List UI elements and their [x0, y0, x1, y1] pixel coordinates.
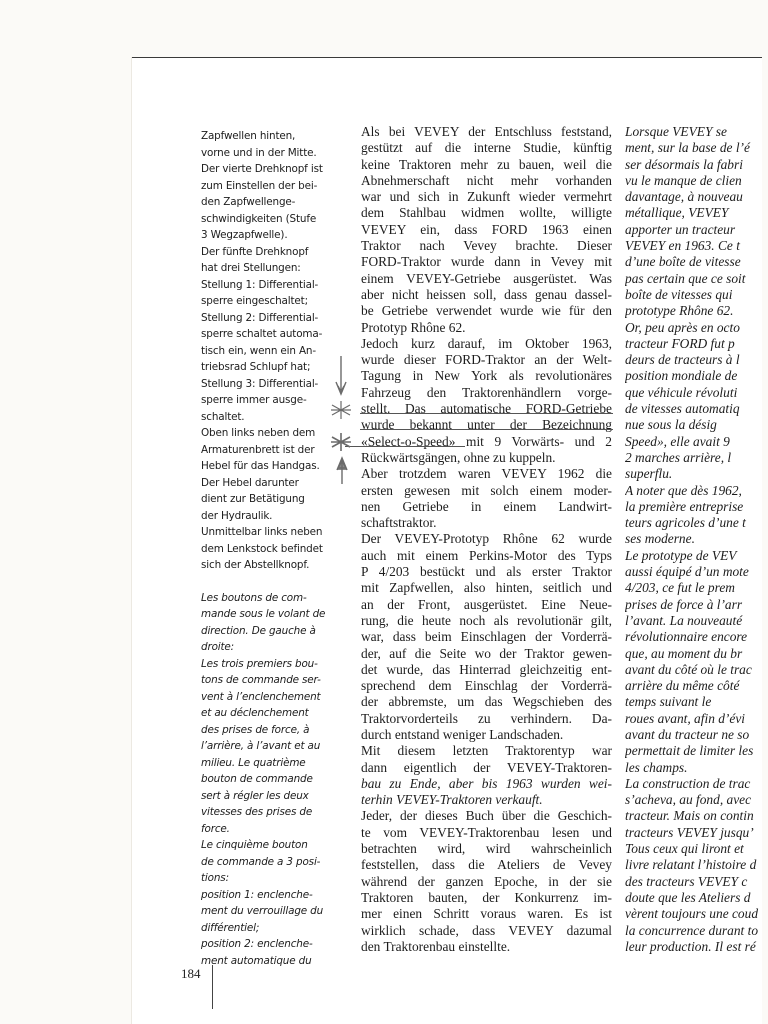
- body-line: VEVEY ein, dass FORD 1963 einen: [361, 222, 612, 238]
- main-french-column: Lorsque VEVEY se ment, sur la base de l’…: [625, 124, 768, 955]
- caption-line: Les boutons de com-: [201, 590, 353, 607]
- body-line: vu le manque de clien: [625, 173, 768, 189]
- caption-line: zum Einstellen der bei-: [201, 178, 353, 195]
- caption-line: sich der Abstellknopf.: [201, 557, 353, 574]
- asterisk-icon: [330, 432, 352, 452]
- caption-line: Stellung 3: Differential-: [201, 376, 353, 393]
- caption-line: Stellung 2: Differential-: [201, 310, 353, 327]
- caption-line: milieu. Le quatrième: [201, 755, 353, 772]
- body-line: 2 marches arrière, l: [625, 450, 768, 466]
- body-line: aussi équipé d’un mote: [625, 564, 768, 580]
- body-line: tracteur FORD fut p: [625, 336, 768, 352]
- body-line: Lorsque VEVEY se: [625, 124, 768, 140]
- sidebar-caption-column: Zapfwellen hinten, vorne und in der Mitt…: [201, 128, 353, 969]
- body-line: les champs.: [625, 760, 768, 776]
- body-line: Tous ceux qui liront et: [625, 841, 768, 857]
- body-line: P 4/203 bestückt und als erster Traktor: [361, 564, 612, 580]
- body-line: arrière du même côté: [625, 678, 768, 694]
- body-line: apporter un tracteur: [625, 222, 768, 238]
- body-line: einem VEVEY-Getriebe ausgerüstet. Was: [361, 271, 612, 287]
- body-line: s’acheva, au fond, avec: [625, 792, 768, 808]
- body-line: mit Zapfwellen, also hinten, seitlich un…: [361, 580, 612, 596]
- caption-line: Unmittelbar links neben: [201, 524, 353, 541]
- body-line: de vitesses automatiq: [625, 401, 768, 417]
- body-line: ser désormais la fabri: [625, 157, 768, 173]
- body-line: tracteur. Mais on contin: [625, 808, 768, 824]
- caption-line: vitesses des prises de: [201, 804, 353, 821]
- body-line: des tracteurs VEVEY c: [625, 874, 768, 890]
- body-line: livre relatant l’histoire d: [625, 857, 768, 873]
- caption-line: de commande a 3 posi-: [201, 854, 353, 871]
- body-line: prototype Rhône 62.: [625, 303, 768, 319]
- body-line: avant du côté où le trac: [625, 662, 768, 678]
- body-line: Jedoch kurz darauf, im Oktober 1963,: [361, 336, 612, 352]
- body-line: feststellen, dass die Ateliers de Vevey: [361, 857, 612, 873]
- body-line: während der ganzen Epoche, in der sie: [361, 874, 612, 890]
- body-line: durch entstand weniger Landschaden.: [361, 727, 612, 743]
- handwritten-underline: [360, 413, 613, 414]
- body-line: war, dass beim Einschlagen der Vorderrä-: [361, 629, 612, 645]
- body-line-underlined: wurde bekannt unter der Bezeichnung: [361, 417, 612, 433]
- body-line: keine Traktoren mehr zu bauen, weil die: [361, 157, 612, 173]
- caption-line: position 2: enclenche-: [201, 936, 353, 953]
- body-line: Prototyp Rhône 62.: [361, 320, 612, 336]
- caption-line: der Hydraulik.: [201, 508, 353, 525]
- body-line: wirklich schade, dass VEVEY dazumal: [361, 923, 612, 939]
- body-line: Traktor nach Vevey brachte. Dieser: [361, 238, 612, 254]
- body-line: schaftstraktor.: [361, 515, 612, 531]
- body-line: position mondiale de: [625, 368, 768, 384]
- caption-line: sperre eingeschaltet;: [201, 293, 353, 310]
- body-line: vèrent toujours une coud: [625, 906, 768, 922]
- caption-line: schwindigkeiten (Stufe: [201, 211, 353, 228]
- caption-line: tisch ein, wenn ein An-: [201, 343, 353, 360]
- caption-line: dient zur Betätigung: [201, 491, 353, 508]
- sidebar-german-caption: Zapfwellen hinten, vorne und in der Mitt…: [201, 128, 353, 574]
- body-line: nue sous la désig: [625, 417, 768, 433]
- body-line: l’avant. La nouveauté: [625, 613, 768, 629]
- page-number-rule: [212, 965, 213, 1009]
- body-line: auch mit einem Perkins-Motor des Typs: [361, 548, 612, 564]
- caption-line: des prises de force, à: [201, 722, 353, 739]
- body-line: ersten gewesen mit solch einem moder-: [361, 483, 612, 499]
- caption-line: dem Lenkstock befindet: [201, 541, 353, 558]
- body-line: leur production. Il est ré: [625, 939, 768, 955]
- body-line: Der VEVEY-Prototyp Rhône 62 wurde: [361, 531, 612, 547]
- caption-line: différentiel;: [201, 920, 353, 937]
- caption-line: Le cinquième bouton: [201, 837, 353, 854]
- caption-line: tions:: [201, 870, 353, 887]
- arrow-up-icon: [335, 456, 349, 486]
- body-line: mer einen Schritt voraus waren. Es ist: [361, 906, 612, 922]
- body-line: davantage, à nouveau: [625, 189, 768, 205]
- caption-line: sert à régler les deux: [201, 788, 353, 805]
- body-line: betrachten wird, wird wahrscheinlich: [361, 841, 612, 857]
- body-line: Als bei VEVEY der Entschluss feststand,: [361, 124, 612, 140]
- body-line: den Traktorenbau einstellte.: [361, 939, 612, 955]
- body-line: te vom VEVEY-Traktorenbau lesen und: [361, 825, 612, 841]
- body-line: que, au moment du br: [625, 646, 768, 662]
- caption-line: 3 Wegzapfwelle).: [201, 227, 353, 244]
- caption-line: Hebel für das Handgas.: [201, 458, 353, 475]
- body-line: deurs de tracteurs à l: [625, 352, 768, 368]
- body-line: boîte de vitesses qui: [625, 287, 768, 303]
- body-line: d’une boîte de vitesse: [625, 254, 768, 270]
- body-line: FORD-Traktor wurde dann in Vevey mit: [361, 254, 612, 270]
- caption-line: vorne und in der Mitte.: [201, 145, 353, 162]
- body-line: war und sich in Zukunft wieder vermehrt: [361, 189, 612, 205]
- body-line: ment, sur la base de l’é: [625, 140, 768, 156]
- asterisk-icon: [330, 400, 352, 420]
- body-line: avant du tracteur ne so: [625, 727, 768, 743]
- body-line: an der Front, ausgerüstet. Eine Neue-: [361, 597, 612, 613]
- arrow-down-icon: [333, 356, 349, 398]
- body-line: tracteurs VEVEY jusqu’: [625, 825, 768, 841]
- caption-line: et au déclenchement: [201, 705, 353, 722]
- body-line: Traktorvorderteils zu verhindern. Da-: [361, 711, 612, 727]
- body-line: Mit diesem letzten Traktorentyp war: [361, 743, 612, 759]
- body-line: A noter que dès 1962,: [625, 483, 768, 499]
- body-line: Aber trotzdem waren VEVEY 1962 die: [361, 466, 612, 482]
- body-line: ses moderne.: [625, 531, 768, 547]
- body-line: que véhicule révoluti: [625, 385, 768, 401]
- caption-line: position 1: enclenche-: [201, 887, 353, 904]
- body-line: roues avant, afin d’évi: [625, 711, 768, 727]
- caption-line: Stellung 1: Differential-: [201, 277, 353, 294]
- body-line: sprechend dem Einschlag der Vorderrä-: [361, 678, 612, 694]
- caption-line: ment automatique du: [201, 953, 353, 970]
- body-line: métallique, VEVEY: [625, 205, 768, 221]
- body-line: 4/203, ce fut le prem: [625, 580, 768, 596]
- body-line: Or, peu après en octo: [625, 320, 768, 336]
- body-line: gestützt auf die interne Studie, künftig: [361, 140, 612, 156]
- body-line: aber nicht heissen soll, dass genau dass…: [361, 287, 612, 303]
- caption-line: Der vierte Drehknopf ist: [201, 161, 353, 178]
- body-line: nen Getriebe in einem Landwirt-: [361, 499, 612, 515]
- body-line: det wurde, das Hinterrad gleichzeitig en…: [361, 662, 612, 678]
- body-line: Rückwärtsgängen, ohne zu kuppeln.: [361, 450, 612, 466]
- caption-line: tons de commande ser-: [201, 672, 353, 689]
- caption-line: mande sous le volant de: [201, 606, 353, 623]
- handwritten-underline: [345, 446, 465, 447]
- caption-line: vent à l’enclenchement: [201, 689, 353, 706]
- body-line: la concurrence durant to: [625, 923, 768, 939]
- caption-line: Der Hebel darunter: [201, 475, 353, 492]
- caption-line: Les trois premiers bou-: [201, 656, 353, 673]
- body-line: Abnehmerschaft nicht mehr vorhanden: [361, 173, 612, 189]
- caption-line: ment du verrouillage du: [201, 903, 353, 920]
- body-line: révolutionnaire encore: [625, 629, 768, 645]
- handwritten-underline: [360, 429, 613, 430]
- caption-line: l’arrière, à l’avant et au: [201, 738, 353, 755]
- sidebar-french-caption: Les boutons de com- mande sous le volant…: [201, 590, 353, 970]
- body-line: Traktoren bauten, der Konkurrenz im-: [361, 890, 612, 906]
- body-line: dem Stahlbau widmen wollte, willigte: [361, 205, 612, 221]
- body-line: teurs agricoles d’une t: [625, 515, 768, 531]
- caption-line: force.: [201, 821, 353, 838]
- body-line: wurde dieser FORD-Traktor an der Welt-: [361, 352, 612, 368]
- body-line: rung, die heute noch als revolutionär gi…: [361, 613, 612, 629]
- main-german-column: Als bei VEVEY der Entschluss feststand, …: [361, 124, 612, 955]
- caption-line: bouton de commande: [201, 771, 353, 788]
- body-line: Jeder, der dieses Buch über die Geschich…: [361, 808, 612, 824]
- body-line: be Getriebe verwendet wurde wie für den: [361, 303, 612, 319]
- body-line: La construction de trac: [625, 776, 768, 792]
- caption-line: triebsrad Schlupf hat;: [201, 359, 353, 376]
- caption-line: hat drei Stellungen:: [201, 260, 353, 277]
- body-line-underlined: stellt. Das automatische FORD-Getriebe: [361, 401, 612, 417]
- body-line: permettait de limiter les: [625, 743, 768, 759]
- caption-line: sperre schaltet automa-: [201, 326, 353, 343]
- body-line: doute que les Ateliers d: [625, 890, 768, 906]
- page-edge: [762, 57, 768, 1024]
- body-line: la première entreprise: [625, 499, 768, 515]
- body-line: der, auf die Seite wo der Traktor gewen-: [361, 646, 612, 662]
- body-line: Le prototype de VEV: [625, 548, 768, 564]
- body-line: terhin VEVEY-Traktoren verkauft.: [361, 792, 612, 808]
- body-line: Fahrzeug den Traktorenhändlern vorge-: [361, 385, 612, 401]
- caption-line: droite:: [201, 639, 353, 656]
- page-number: 184: [181, 966, 201, 982]
- body-line: Tagung in New York als revolutionäres: [361, 368, 612, 384]
- body-line: temps suivant le: [625, 694, 768, 710]
- caption-gap: [201, 574, 353, 590]
- body-line: der abbremste, um das Wegschieben des: [361, 694, 612, 710]
- caption-line: direction. De gauche à: [201, 623, 353, 640]
- body-line: superflu.: [625, 466, 768, 482]
- body-line: VEVEY en 1963. Ce t: [625, 238, 768, 254]
- body-line: bau zu Ende, aber bis 1963 wurden wei-: [361, 776, 612, 792]
- caption-line: Der fünfte Drehknopf: [201, 244, 353, 261]
- body-line: Speed», elle avait 9: [625, 434, 768, 450]
- body-line: prises de force à l’arr: [625, 597, 768, 613]
- body-line-underlined: «Select-o-Speed» mit 9 Vorwärts- und 2: [361, 434, 612, 450]
- body-line: pas certain que ce soit: [625, 271, 768, 287]
- body-line: dann eigentlich der VEVEY-Traktoren-: [361, 760, 612, 776]
- caption-line: den Zapfwellenge-: [201, 194, 353, 211]
- caption-line: Zapfwellen hinten,: [201, 128, 353, 145]
